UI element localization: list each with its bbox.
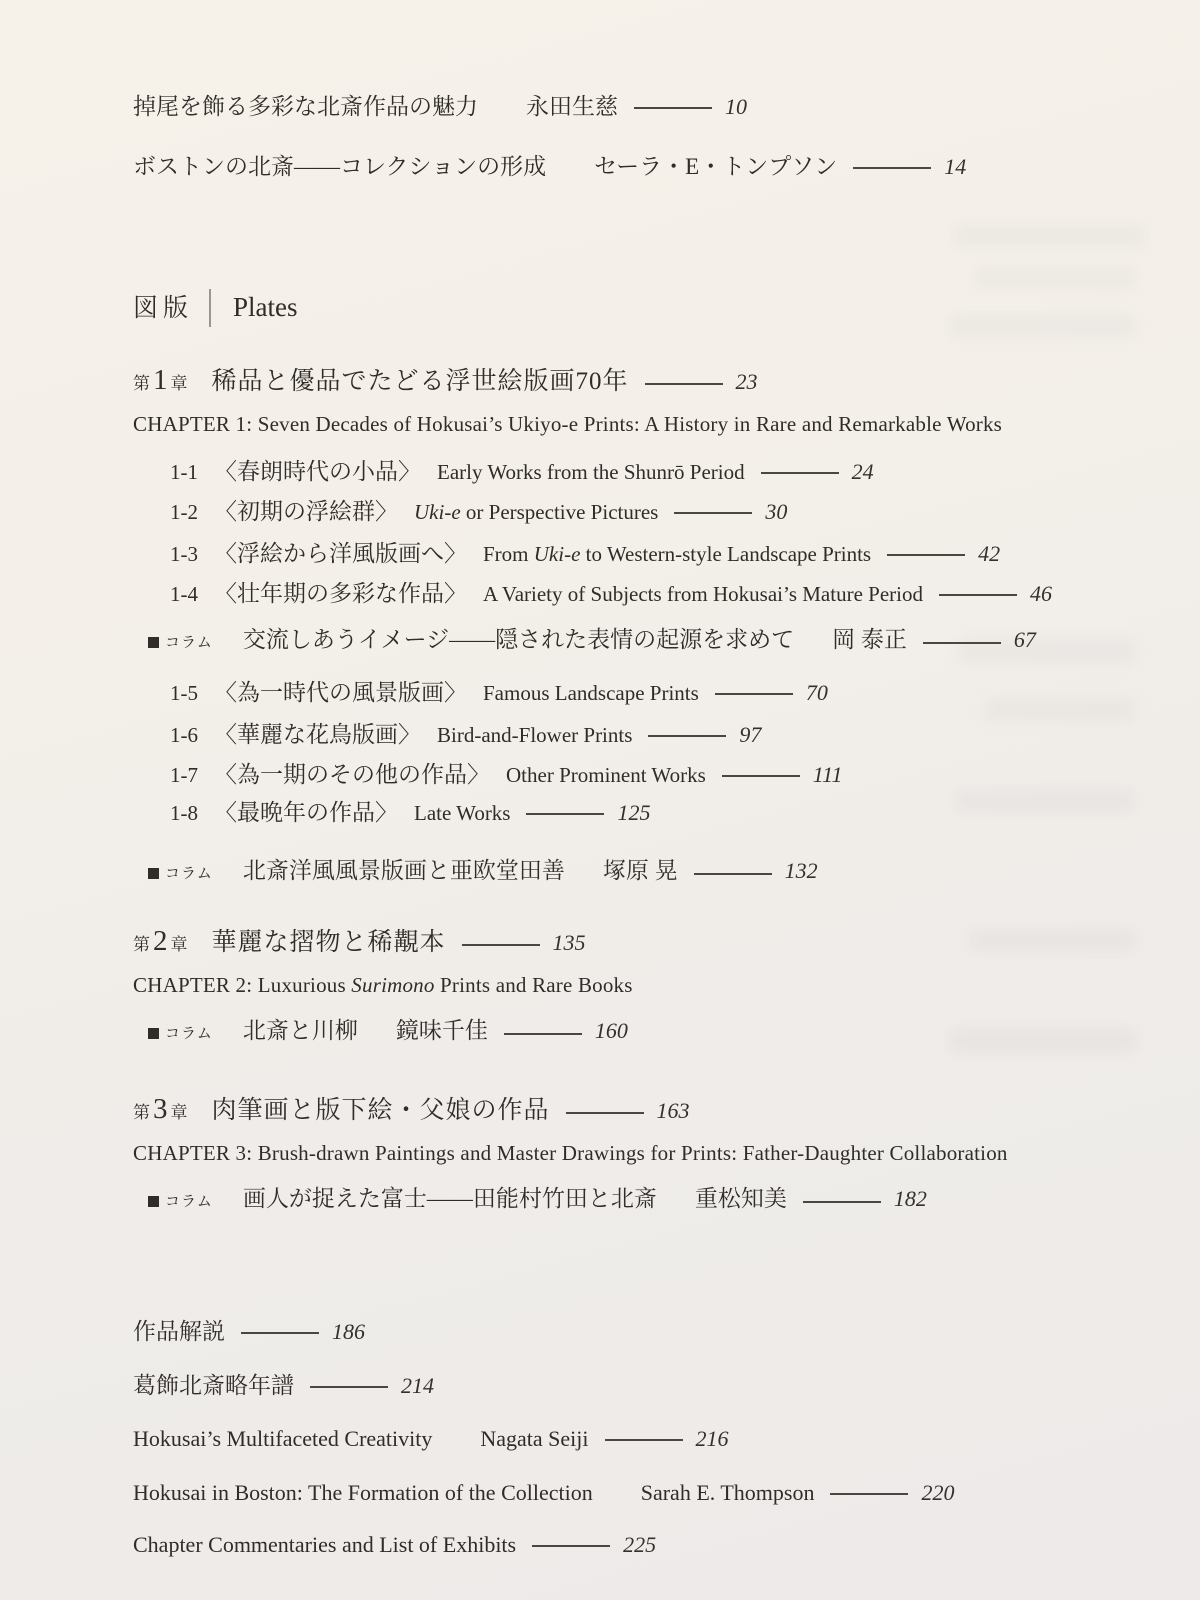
- page-number: 23: [736, 364, 758, 400]
- chapter-title-jp: 華麗な摺物と稀覯本: [212, 925, 446, 961]
- toc-row-column: コラム 画人が捉えた富士——田能村竹田と北斎 重松知美 182: [133, 1184, 1170, 1217]
- author-name: Nagata Seiji: [480, 1425, 588, 1453]
- leader-rule: [803, 1201, 881, 1203]
- chapter-title-jp: 肉筆画と版下絵・父娘の作品: [212, 1093, 550, 1129]
- leader-rule: [853, 167, 931, 169]
- leader-rule: [526, 813, 604, 815]
- chapter-prefix: 第: [133, 374, 150, 393]
- subsection-title-jp: 〈為一期のその他の作品〉: [214, 760, 490, 790]
- toc-row-subsection: 1-3 〈浮絵から洋風版画へ〉 From Uki-e to Western-st…: [133, 539, 1170, 569]
- toc-row-column: コラム 北斎洋風風景版画と亜欧堂田善 塚原 晃 132: [133, 856, 1170, 889]
- subsection-title-en: Early Works from the Shunrō Period: [437, 457, 745, 487]
- chapter-number: 第1章: [133, 362, 188, 403]
- column-title-jp: 画人が捉えた富士——田能村竹田と北斎: [243, 1184, 657, 1214]
- subsection-title-en: From Uki-e to Western-style Landscape Pr…: [483, 539, 871, 569]
- en-text-segment: Hokusai in Boston: The Formation of the …: [133, 1480, 593, 1505]
- subsection-title-jp: 〈最晩年の作品〉: [214, 798, 398, 828]
- toc: 掉尾を飾る多彩な北斎作品の魅力 永田生慈 10 ボストンの北斎——コレクションの…: [133, 92, 1170, 1559]
- backmatter-title-jp: 葛飾北斎略年譜: [133, 1371, 294, 1401]
- subsection-title-jp: 〈為一時代の風景版画〉: [214, 678, 467, 708]
- en-text-segment: Bird-and-Flower Prints: [437, 723, 632, 747]
- leader-rule: [939, 594, 1017, 596]
- leader-rule: [566, 1112, 644, 1114]
- essay-title-jp: ボストンの北斎——コレクションの形成: [133, 152, 546, 182]
- subsection-number: 1-2: [170, 497, 198, 527]
- toc-row-subsection: 1-6 〈華麗な花鳥版画〉 Bird-and-Flower Prints 97: [133, 720, 1170, 750]
- toc-row-essay: 掉尾を飾る多彩な北斎作品の魅力 永田生慈 10: [133, 92, 1170, 122]
- author-name: 塚原 晃: [603, 856, 678, 886]
- subsection-title-en: Other Prominent Works: [506, 760, 706, 790]
- leader-rule: [761, 472, 839, 474]
- toc-row-backmatter-english: Hokusai in Boston: The Formation of the …: [133, 1479, 1170, 1507]
- chapter-prefix: 第: [133, 935, 150, 954]
- subsection-title-jp: 〈浮絵から洋風版画へ〉: [214, 539, 467, 569]
- leader-rule: [923, 642, 1001, 644]
- essay-title-jp: 掉尾を飾る多彩な北斎作品の魅力: [133, 92, 478, 122]
- column-marker-icon: [148, 868, 159, 879]
- en-text-segment: Uki-e: [414, 500, 461, 524]
- subsection-number: 1-8: [170, 798, 198, 828]
- en-text-segment: Surimono: [351, 973, 434, 997]
- page-number: 30: [765, 497, 787, 527]
- subsection-title-en: Late Works: [414, 798, 510, 828]
- backmatter-title-en: Hokusai’s Multifaceted Creativity: [133, 1425, 432, 1453]
- en-text-segment: CHAPTER 2: Luxurious: [133, 973, 351, 997]
- toc-row-chapter-english: CHAPTER 2: Luxurious Surimono Prints and…: [133, 972, 1170, 998]
- en-text-segment: to Western-style Landscape Prints: [580, 542, 871, 566]
- column-label: コラム: [165, 1019, 213, 1049]
- chapter-suffix: 章: [171, 374, 188, 393]
- leader-rule: [715, 693, 793, 695]
- en-text-segment: CHAPTER 3: Brush-drawn Paintings and Mas…: [133, 1141, 1008, 1165]
- author-name: Sarah E. Thompson: [641, 1479, 815, 1507]
- toc-row-essay: ボストンの北斎——コレクションの形成 セーラ・E・トンプソン 14: [133, 152, 1170, 182]
- toc-row-subsection: 1-5 〈為一時代の風景版画〉 Famous Landscape Prints …: [133, 678, 1170, 708]
- en-text-segment: Other Prominent Works: [506, 763, 706, 787]
- column-label: コラム: [165, 1187, 213, 1217]
- leader-rule: [645, 383, 723, 385]
- leader-rule: [722, 775, 800, 777]
- subsection-title-jp: 〈初期の浮絵群〉: [214, 497, 398, 527]
- en-text-segment: Early Works from the Shunrō Period: [437, 460, 745, 484]
- chapter-title-en: CHAPTER 2: Luxurious Surimono Prints and…: [133, 972, 633, 998]
- page-number: 111: [813, 760, 843, 790]
- chapter-title-en: CHAPTER 3: Brush-drawn Paintings and Mas…: [133, 1140, 1008, 1166]
- chapter-title-en: CHAPTER 1: Seven Decades of Hokusai’s Uk…: [133, 411, 1002, 437]
- backmatter-title-en: Hokusai in Boston: The Formation of the …: [133, 1479, 593, 1507]
- page-number: 46: [1030, 579, 1052, 609]
- page-number: 135: [553, 925, 586, 961]
- leader-rule: [830, 1493, 908, 1495]
- page-number: 67: [1014, 625, 1036, 655]
- en-text-segment: Hokusai’s Multifaceted Creativity: [133, 1426, 432, 1451]
- page-number: 132: [785, 856, 818, 886]
- author-name: 鏡味千佳: [396, 1016, 488, 1046]
- chapter-number: 第2章: [133, 923, 188, 964]
- chapter-numeral: 2: [150, 925, 171, 957]
- toc-row-backmatter: 作品解説 186: [133, 1317, 1170, 1347]
- toc-row-subsection: 1-8 〈最晩年の作品〉 Late Works 125: [133, 798, 1170, 828]
- en-text-segment: Prints and Rare Books: [435, 973, 633, 997]
- en-text-segment: Late Works: [414, 801, 510, 825]
- subsection-title-en: A Variety of Subjects from Hokusai’s Mat…: [483, 579, 923, 609]
- chapter-numeral: 1: [150, 364, 171, 396]
- plates-label-en: Plates: [233, 288, 298, 326]
- page-number: 42: [978, 539, 1000, 569]
- toc-row-chapter: 第3章 肉筆画と版下絵・父娘の作品 163: [133, 1091, 1170, 1132]
- toc-row-backmatter: 葛飾北斎略年譜 214: [133, 1371, 1170, 1401]
- column-label: コラム: [165, 859, 213, 889]
- toc-row-column: コラム 北斎と川柳 鏡味千佳 160: [133, 1016, 1170, 1049]
- page-number: 160: [595, 1016, 628, 1046]
- column-marker-icon: [148, 1028, 159, 1039]
- subsection-title-en: Famous Landscape Prints: [483, 678, 699, 708]
- leader-rule: [674, 512, 752, 514]
- subsection-title-en: Bird-and-Flower Prints: [437, 720, 632, 750]
- toc-row-chapter: 第2章 華麗な摺物と稀覯本 135: [133, 923, 1170, 964]
- chapter-numeral: 3: [150, 1093, 171, 1125]
- page-number: 182: [894, 1184, 927, 1214]
- divider-bar: [209, 289, 211, 327]
- toc-row-subsection: 1-7 〈為一期のその他の作品〉 Other Prominent Works 1…: [133, 760, 1170, 790]
- backmatter-title-jp: 作品解説: [133, 1317, 225, 1347]
- plates-label-jp: 図版: [133, 290, 193, 328]
- page-number: 70: [806, 678, 828, 708]
- leader-rule: [634, 107, 712, 109]
- leader-rule: [241, 1332, 319, 1334]
- subsection-title-jp: 〈壮年期の多彩な作品〉: [214, 579, 467, 609]
- column-title-jp: 北斎と川柳: [243, 1016, 358, 1046]
- page-number: 14: [944, 152, 966, 182]
- subsection-number: 1-4: [170, 579, 198, 609]
- column-title-jp: 北斎洋風風景版画と亜欧堂田善: [243, 856, 565, 886]
- toc-row-backmatter-english: Hokusai’s Multifaceted Creativity Nagata…: [133, 1425, 1170, 1453]
- toc-row-subsection: 1-1 〈春朗時代の小品〉 Early Works from the Shunr…: [133, 457, 1170, 487]
- leader-rule: [504, 1033, 582, 1035]
- page-number: 225: [623, 1531, 656, 1559]
- subsection-title-en: Uki-e or Perspective Pictures: [414, 497, 658, 527]
- column-marker-icon: [148, 1196, 159, 1207]
- chapter-title-jp: 稀品と優品でたどる浮世絵版画70年: [212, 364, 629, 400]
- toc-row-subsection: 1-4 〈壮年期の多彩な作品〉 A Variety of Subjects fr…: [133, 579, 1170, 609]
- column-title-jp: 交流しあうイメージ——隠された表情の起源を求めて: [243, 625, 794, 655]
- en-text-segment: From: [483, 542, 534, 566]
- subsection-number: 1-7: [170, 760, 198, 790]
- toc-row-backmatter-english: Chapter Commentaries and List of Exhibit…: [133, 1531, 1170, 1559]
- leader-rule: [605, 1439, 683, 1441]
- leader-rule: [532, 1545, 610, 1547]
- page-number: 24: [852, 457, 874, 487]
- backmatter-title-en: Chapter Commentaries and List of Exhibit…: [133, 1531, 516, 1559]
- toc-row-chapter-english: CHAPTER 3: Brush-drawn Paintings and Mas…: [133, 1140, 1170, 1166]
- toc-row-column: コラム 交流しあうイメージ——隠された表情の起源を求めて 岡 泰正 67: [133, 625, 1170, 658]
- en-text-segment: Chapter Commentaries and List of Exhibit…: [133, 1532, 516, 1557]
- subsection-title-jp: 〈春朗時代の小品〉: [214, 457, 421, 487]
- page-number: 10: [725, 92, 747, 122]
- en-text-segment: Uki-e: [534, 542, 581, 566]
- en-text-segment: CHAPTER 1: Seven Decades of Hokusai’s Uk…: [133, 412, 1002, 436]
- subsection-number: 1-1: [170, 457, 198, 487]
- chapter-suffix: 章: [171, 935, 188, 954]
- subsection-number: 1-6: [170, 720, 198, 750]
- chapter-number: 第3章: [133, 1091, 188, 1132]
- en-text-segment: A Variety of Subjects from Hokusai’s Mat…: [483, 582, 923, 606]
- page-number: 97: [739, 720, 761, 750]
- subsection-number: 1-5: [170, 678, 198, 708]
- toc-row-chapter-english: CHAPTER 1: Seven Decades of Hokusai’s Uk…: [133, 411, 1170, 437]
- chapter-prefix: 第: [133, 1103, 150, 1122]
- chapter-suffix: 章: [171, 1103, 188, 1122]
- leader-rule: [310, 1386, 388, 1388]
- subsection-title-jp: 〈華麗な花鳥版画〉: [214, 720, 421, 750]
- author-name: 重松知美: [695, 1184, 787, 1214]
- toc-row-chapter: 第1章 稀品と優品でたどる浮世絵版画70年 23: [133, 362, 1170, 403]
- page-number: 125: [617, 798, 650, 828]
- author-name: 永田生慈: [526, 92, 618, 122]
- page-number: 214: [401, 1371, 434, 1401]
- author-name: 岡 泰正: [832, 625, 907, 655]
- en-text-segment: Famous Landscape Prints: [483, 681, 699, 705]
- toc-section-plates: 図版 Plates: [133, 288, 1170, 328]
- column-marker-icon: [148, 637, 159, 648]
- leader-rule: [648, 735, 726, 737]
- leader-rule: [694, 873, 772, 875]
- toc-row-subsection: 1-2 〈初期の浮絵群〉 Uki-e or Perspective Pictur…: [133, 497, 1170, 527]
- page-number: 216: [696, 1425, 729, 1453]
- page-number: 163: [657, 1093, 690, 1129]
- subsection-number: 1-3: [170, 539, 198, 569]
- page-number: 186: [332, 1317, 365, 1347]
- leader-rule: [887, 554, 965, 556]
- author-name: セーラ・E・トンプソン: [594, 152, 837, 182]
- en-text-segment: or Perspective Pictures: [461, 500, 659, 524]
- page-number: 220: [921, 1479, 954, 1507]
- column-label: コラム: [165, 628, 213, 658]
- leader-rule: [462, 944, 540, 946]
